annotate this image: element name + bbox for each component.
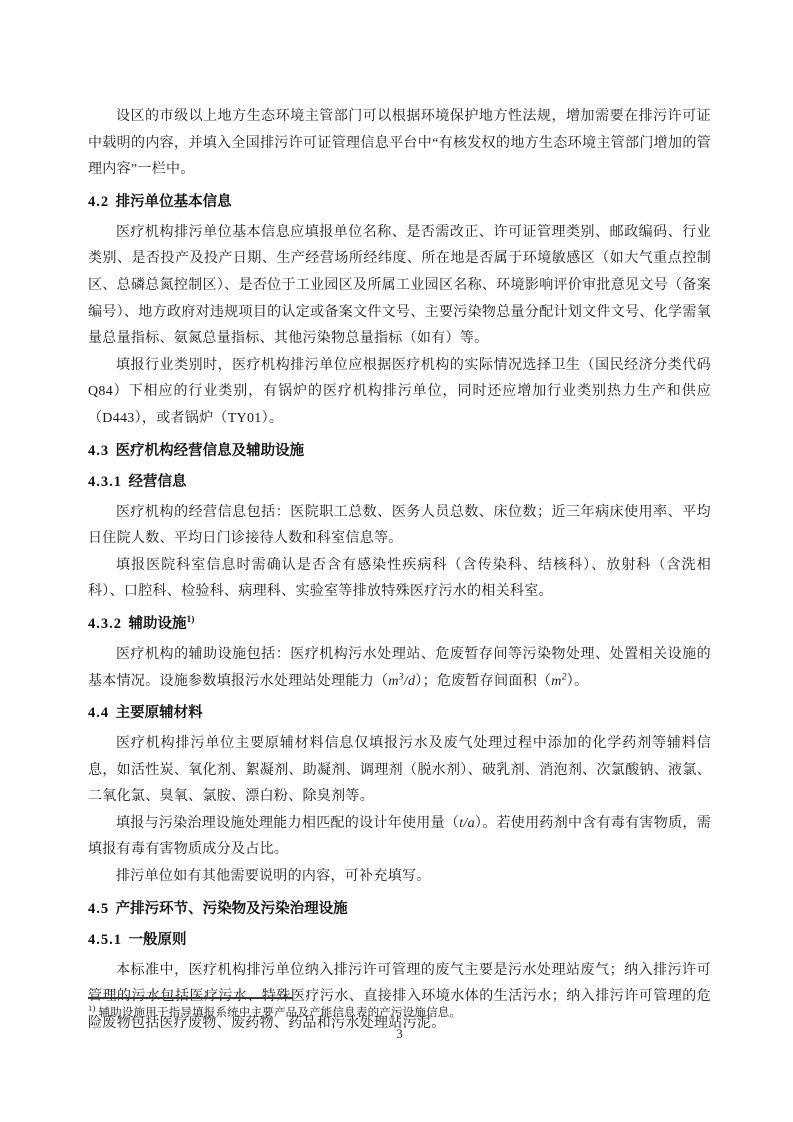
page-footer: 1)辅助设施用于指导填报系统中主要产品及产能信息表的产污设施信息。 3 <box>88 997 711 1042</box>
footnote-divider <box>88 997 293 999</box>
footnote-marker: 1) <box>88 1003 95 1013</box>
heading-4-3: 4.3医疗机构经营信息及辅助设施 <box>88 438 711 464</box>
heading-title: 辅助设施 <box>129 616 187 632</box>
paragraph-departments: 填报医院科室信息时需确认是否含有感染性疾病科（含传染科、结核科）、放射科（含洗相… <box>88 553 711 606</box>
unit-m3d-tail: /d <box>404 674 416 689</box>
footnote-reference-mark: 1) <box>187 615 195 625</box>
heading-4-3-2: 4.3.2辅助设施1) <box>88 611 711 637</box>
heading-number: 4.5.1 <box>88 932 122 948</box>
footnote-text: 辅助设施用于指导填报系统中主要产品及产能信息表的产污设施信息。 <box>98 1007 461 1019</box>
paragraph-supplement: 排污单位如有其他需要说明的内容，可补充填写。 <box>88 864 711 891</box>
unit-ta: t/a <box>459 816 475 831</box>
paragraph-materials: 医疗机构排污单位主要原辅材料信息仅填报污水及废气处理过程中添加的化学药剂等辅料信… <box>88 731 711 811</box>
page-number: 3 <box>88 1026 711 1042</box>
heading-number: 4.2 <box>88 194 109 210</box>
paragraph-text: ）；危废暂存间面积（ <box>415 674 551 689</box>
heading-number: 4.3.1 <box>88 474 122 490</box>
unit-m2-base: m <box>551 674 561 689</box>
paragraph-text: ）。 <box>567 674 589 689</box>
heading-number: 4.3 <box>88 443 109 459</box>
heading-4-5: 4.5产排污环节、污染物及污染治理设施 <box>88 896 711 922</box>
document-body: 设区的市级以上地方生态环境主管部门可以根据环境保护地方性法规，增加需要在排污许可… <box>88 104 711 1037</box>
paragraph-auxiliary: 医疗机构的辅助设施包括：医疗机构污水处理站、危废暂存间等污染物处理、处置相关设施… <box>88 642 711 695</box>
heading-4-4: 4.4主要原辅材料 <box>88 700 711 726</box>
paragraph-intro: 设区的市级以上地方生态环境主管部门可以根据环境保护地方性法规，增加需要在排污许可… <box>88 104 711 184</box>
heading-4-5-1: 4.5.1一般原则 <box>88 927 711 953</box>
heading-number: 4.4 <box>88 705 109 721</box>
heading-title: 产排污环节、污染物及污染治理设施 <box>116 901 348 917</box>
paragraph-text: 填报与污染治理设施处理能力相匹配的设计年使用量（ <box>116 816 459 831</box>
paragraph-operation-info: 医疗机构的经营信息包括：医院职工总数、医务人员总数、床位数；近三年病床使用率、平… <box>88 500 711 553</box>
heading-title: 排污单位基本信息 <box>116 194 232 210</box>
heading-title: 医疗机构经营信息及辅助设施 <box>116 443 305 459</box>
heading-title: 主要原辅材料 <box>116 705 203 721</box>
heading-4-2: 4.2排污单位基本信息 <box>88 189 711 215</box>
heading-4-3-1: 4.3.1经营信息 <box>88 469 711 495</box>
footnote: 1)辅助设施用于指导填报系统中主要产品及产能信息表的产污设施信息。 <box>88 1005 711 1021</box>
heading-title: 一般原则 <box>129 932 187 948</box>
paragraph-basic-info: 医疗机构排污单位基本信息应填报单位名称、是否需改正、许可证管理类别、邮政编码、行… <box>88 220 711 353</box>
paragraph-usage: 填报与污染治理设施处理能力相匹配的设计年使用量（t/a）。若使用药剂中含有毒有害… <box>88 811 711 864</box>
heading-number: 4.5 <box>88 901 109 917</box>
unit-m3d-base: m <box>388 674 398 689</box>
heading-title: 经营信息 <box>129 474 187 490</box>
document-page: 设区的市级以上地方生态环境主管部门可以根据环境保护地方性法规，增加需要在排污许可… <box>0 0 793 1122</box>
paragraph-text: 医疗机构的辅助设施包括：医疗机构污水处理站、危废暂存间等污染物处理、处置相关设施… <box>88 647 711 689</box>
heading-number: 4.3.2 <box>88 616 122 632</box>
paragraph-industry-type: 填报行业类别时，医疗机构排污单位应根据医疗机构的实际情况选择卫生（国民经济分类代… <box>88 353 711 433</box>
